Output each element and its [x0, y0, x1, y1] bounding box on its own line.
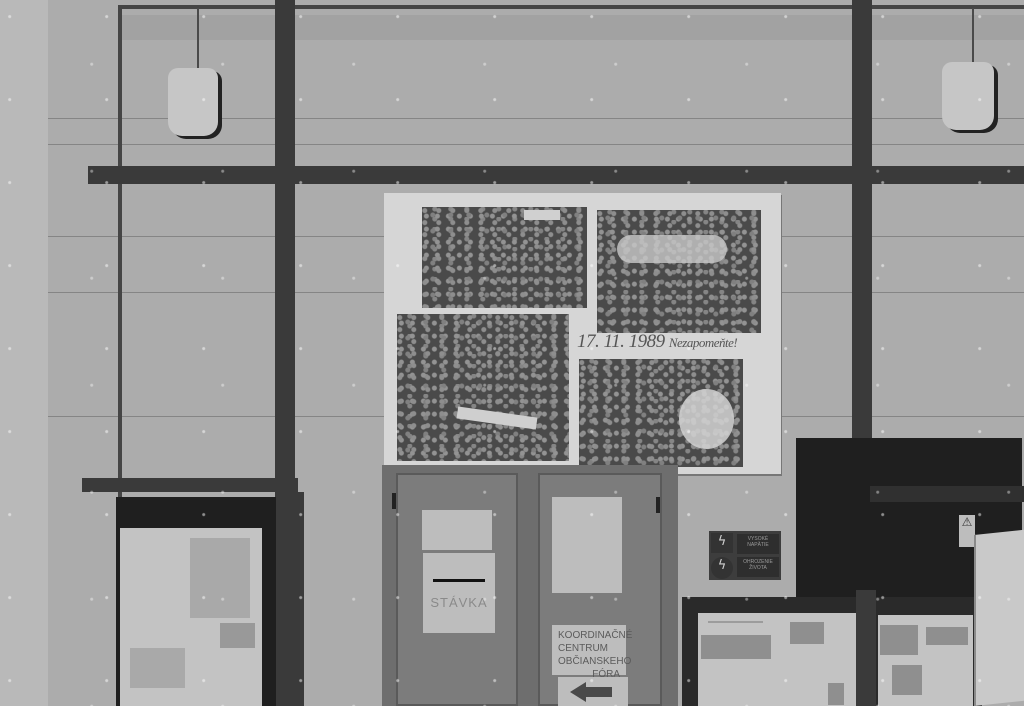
newspaper-page: [878, 615, 973, 706]
newspaper-column: [190, 538, 250, 618]
newspaper-page: [120, 528, 262, 706]
lightning-bolt-icon: ϟ: [711, 557, 733, 579]
newspaper-photo: [220, 623, 255, 648]
lamp-cord: [197, 8, 199, 70]
door-hinge: [656, 497, 660, 513]
frame-post-stub: [290, 492, 304, 706]
newspaper-photo: [701, 635, 771, 659]
frame-top-rail: [118, 5, 1024, 9]
door-hinge: [392, 493, 396, 509]
lamp-cord: [972, 8, 974, 64]
newspaper-column: [130, 648, 185, 688]
wooden-door: STÁVKA KOORDINAČNÉ CENTRUM OBČIANSKEHO F…: [382, 465, 678, 706]
warning-triangle-icon: ⚠: [959, 515, 975, 547]
door-notice-top: [422, 510, 492, 550]
hv-text: OHROZENIE ŽIVOTA: [737, 557, 779, 577]
poster-slogan: Nezapomeňte!: [669, 335, 737, 350]
newspaper-photo: [828, 683, 844, 705]
poster-date: 17. 11. 1989: [577, 331, 665, 352]
strike-text: STÁVKA: [423, 597, 495, 608]
door-notice-strike: STÁVKA: [423, 553, 495, 633]
banner: [457, 406, 538, 429]
wall-left-edge: [0, 0, 48, 706]
hv-text: VYSOKÉ NAPÄTIE: [737, 534, 779, 554]
sign-line: CENTRUM: [558, 642, 620, 655]
poster-photo-police: [597, 210, 761, 333]
arrow-sign: [558, 677, 628, 706]
lightning-bolt-icon: ϟ: [711, 533, 733, 553]
candles: [679, 389, 734, 449]
door-notice-right: [552, 497, 622, 593]
sign-line: KOORDINAČNÉ: [558, 629, 620, 642]
cabinet: [974, 530, 1024, 706]
frame-crossbar: [88, 166, 1024, 184]
direction-sign: KOORDINAČNÉ CENTRUM OBČIANSKEHO FÓRA: [552, 625, 626, 675]
poster-photo-crowd: [422, 207, 587, 308]
photo-scene: 17. 11. 1989 Nezapomeňte! STÁVKA KOORDIN…: [0, 0, 1024, 706]
banner: [524, 210, 560, 220]
wall-molding: [118, 15, 1024, 40]
newspaper-photo: [790, 622, 824, 644]
poster-photo-banner: [397, 314, 569, 461]
ink-line: [433, 579, 485, 582]
arrow-shaft: [586, 687, 612, 697]
newspaper-headline: [708, 621, 763, 623]
newspaper-photo: [892, 665, 922, 695]
frame-post-right-lower: [856, 590, 876, 706]
scan-line: [48, 144, 1024, 145]
smoke: [617, 235, 727, 263]
poster-caption: 17. 11. 1989 Nezapomeňte!: [577, 331, 787, 353]
frame-lower-crossbar: [82, 478, 298, 492]
high-voltage-sign: ϟ ϟ VYSOKÉ NAPÄTIE OHROZENIE ŽIVOTA: [709, 531, 781, 580]
newspaper-photo: [926, 627, 968, 645]
poster-photo-candles: [579, 359, 743, 467]
newspaper-photo: [880, 625, 918, 655]
left-arrow-icon: [570, 682, 586, 702]
board-crossbar: [870, 486, 1024, 502]
pendant-lamp-left: [168, 68, 218, 136]
pendant-lamp-right: [942, 62, 994, 130]
newspaper-page: [698, 613, 856, 706]
sign-line: OBČIANSKEHO: [558, 655, 620, 668]
